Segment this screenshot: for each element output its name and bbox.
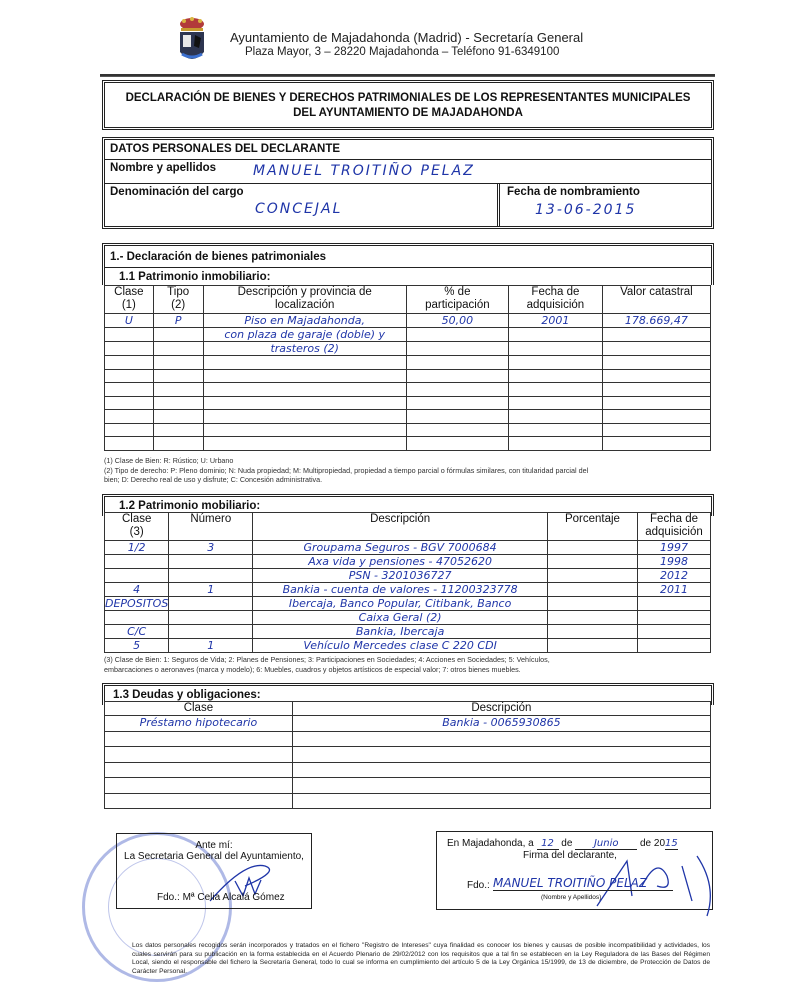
table-cell[interactable] (105, 793, 293, 809)
column-header: Clase(1) (105, 286, 154, 314)
table-row: 51Vehículo Mercedes clase C 220 CDI (105, 639, 711, 653)
fdo-caption: (Nombre y Apellidos) (541, 894, 601, 901)
table-cell[interactable] (508, 369, 602, 383)
title-line-1: DECLARACIÓN DE BIENES Y DERECHOS PATRIMO… (105, 91, 711, 106)
table-row (105, 423, 711, 437)
table-cell[interactable]: P (153, 314, 203, 328)
inmobiliario-table: Clase(1)Tipo(2)Descripción y provincia d… (104, 285, 711, 451)
table-cell[interactable] (602, 423, 710, 437)
table-cell[interactable] (406, 423, 508, 437)
note-2: (2) Tipo de derecho: P: Pleno dominio; N… (104, 466, 714, 476)
table-row: 1/23Groupama Seguros - BGV 70006841997 (105, 541, 711, 555)
inmobiliario-header-row: Clase(1)Tipo(2)Descripción y provincia d… (105, 286, 711, 314)
table-cell[interactable]: 2011 (638, 583, 711, 597)
de-label: de (561, 838, 572, 849)
table-cell[interactable] (547, 569, 637, 583)
table-cell[interactable] (105, 328, 154, 342)
table-cell[interactable] (508, 342, 602, 356)
table-cell[interactable] (105, 423, 154, 437)
personal-data-section: DATOS PERSONALES DEL DECLARANTE Nombre y… (102, 137, 714, 229)
table-cell[interactable] (105, 342, 154, 356)
table-cell[interactable] (105, 369, 154, 383)
table-cell[interactable] (203, 437, 406, 451)
table-cell[interactable]: Préstamo hipotecario (105, 716, 293, 732)
table-cell[interactable] (169, 597, 253, 611)
column-header: Clase(3) (105, 513, 169, 541)
table-cell[interactable] (105, 555, 169, 569)
table-cell[interactable] (153, 383, 203, 397)
table-cell[interactable] (105, 383, 154, 397)
column-header: Descripción (253, 513, 548, 541)
table-cell[interactable] (292, 778, 710, 794)
table-cell[interactable] (508, 437, 602, 451)
table-cell[interactable] (105, 396, 154, 410)
table-cell[interactable] (105, 611, 169, 625)
personal-data-title: DATOS PERSONALES DEL DECLARANTE (105, 140, 711, 160)
table-cell[interactable]: Bankia - cuenta de valores - 11200323778 (253, 583, 548, 597)
column-header: Número (169, 513, 253, 541)
section-1-title: 1.- Declaración de bienes patrimoniales (105, 246, 711, 268)
table-cell[interactable] (508, 383, 602, 397)
table-cell[interactable] (638, 639, 711, 653)
column-header: Descripción y provincia delocalización (203, 286, 406, 314)
table-cell[interactable]: Groupama Seguros - BGV 7000684 (253, 541, 548, 555)
column-header: Valor catastral (602, 286, 710, 314)
declarant-signature-box: En Majadahonda, a 12 de Junio de 2015 Fi… (436, 831, 713, 910)
table-cell[interactable] (105, 437, 154, 451)
table-cell[interactable] (105, 356, 154, 370)
table-cell[interactable]: PSN - 3201036727 (253, 569, 548, 583)
table-row (105, 747, 711, 763)
table-row: Préstamo hipotecarioBankia - 0065930865 (105, 716, 711, 732)
table-row (105, 369, 711, 383)
table-cell[interactable] (153, 356, 203, 370)
table-row: PSN - 32010367272012 (105, 569, 711, 583)
table-cell[interactable] (602, 437, 710, 451)
table-cell[interactable]: 2001 (508, 314, 602, 328)
fdo-field[interactable]: MANUEL TROITIÑO PELAZ (493, 876, 673, 891)
table-cell[interactable] (153, 410, 203, 424)
table-cell[interactable] (602, 369, 710, 383)
table-cell[interactable] (203, 423, 406, 437)
table-cell[interactable]: 3 (169, 541, 253, 555)
table-cell[interactable] (508, 423, 602, 437)
table-row (105, 762, 711, 778)
deudas-header-row: ClaseDescripción (105, 702, 711, 716)
note-1: (1) Clase de Bien: R: Rústico; U: Urbano (104, 456, 714, 466)
table-cell[interactable] (547, 541, 637, 555)
table-cell[interactable] (638, 597, 711, 611)
table-cell[interactable] (105, 569, 169, 583)
table-cell[interactable] (203, 369, 406, 383)
table-cell[interactable] (602, 356, 710, 370)
table-cell[interactable]: 5 (105, 639, 169, 653)
table-cell[interactable]: Bankia, Ibercaja (253, 625, 548, 639)
table-cell[interactable] (547, 597, 637, 611)
name-label: Nombre y apellidos (110, 162, 216, 174)
fdo-label: Fdo.: (467, 880, 490, 891)
section-1-header: 1.- Declaración de bienes patrimoniales … (102, 243, 714, 285)
table-cell[interactable] (638, 625, 711, 639)
table-cell[interactable]: trasteros (2) (203, 342, 406, 356)
column-header: Tipo(2) (153, 286, 203, 314)
table-cell[interactable]: DEPOSITOS (105, 597, 169, 611)
table-cell[interactable] (105, 731, 293, 747)
table-row (105, 731, 711, 747)
table-cell[interactable] (153, 328, 203, 342)
table-cell[interactable] (292, 793, 710, 809)
table-cell[interactable] (105, 762, 293, 778)
table-cell[interactable] (406, 342, 508, 356)
table-cell[interactable]: Ibercaja, Banco Popular, Citibank, Banco (253, 597, 548, 611)
table-row (105, 437, 711, 451)
table-cell[interactable] (292, 747, 710, 763)
table-cell[interactable] (153, 396, 203, 410)
column-header: Fecha deadquisición (508, 286, 602, 314)
table-row: 41Bankia - cuenta de valores - 112003237… (105, 583, 711, 597)
note-3: (3) Clase de Bien: 1: Seguros de Vida; 2… (104, 655, 714, 665)
table-cell[interactable] (602, 396, 710, 410)
table-cell[interactable]: 1 (169, 583, 253, 597)
table-row: Caixa Geral (2) (105, 611, 711, 625)
table-cell[interactable] (153, 437, 203, 451)
table-cell[interactable] (153, 423, 203, 437)
header-line-1: Ayuntamiento de Majadahonda (Madrid) - S… (230, 30, 583, 45)
table-cell[interactable] (153, 342, 203, 356)
table-cell[interactable]: Axa vida y pensiones - 47052620 (253, 555, 548, 569)
table-cell[interactable] (406, 396, 508, 410)
table-cell[interactable] (406, 369, 508, 383)
table-cell[interactable] (105, 747, 293, 763)
table-cell[interactable] (169, 569, 253, 583)
table-cell[interactable] (169, 611, 253, 625)
table-cell[interactable]: 1/2 (105, 541, 169, 555)
table-cell[interactable] (406, 383, 508, 397)
table-cell[interactable]: 1997 (638, 541, 711, 555)
table-cell[interactable] (547, 625, 637, 639)
column-header: % departicipación (406, 286, 508, 314)
table-cell[interactable]: Piso en Majadahonda, (203, 314, 406, 328)
cargo-label: Denominación del cargo (110, 186, 244, 198)
table-cell[interactable] (169, 625, 253, 639)
table-cell[interactable] (638, 611, 711, 625)
table-cell[interactable]: 4 (105, 583, 169, 597)
table-row (105, 778, 711, 794)
table-cell[interactable] (547, 555, 637, 569)
note-3-cont: embarcaciones o aeronaves (marca y model… (104, 665, 714, 675)
table-row (105, 410, 711, 424)
column-header: Fecha deadquisición (638, 513, 711, 541)
coat-of-arms-icon (178, 16, 206, 66)
table-row: trasteros (2) (105, 342, 711, 356)
table-cell[interactable]: Bankia - 0065930865 (292, 716, 710, 732)
table-cell[interactable] (547, 583, 637, 597)
document-title: DECLARACIÓN DE BIENES Y DERECHOS PATRIMO… (102, 80, 714, 130)
table-cell[interactable] (203, 383, 406, 397)
table-cell[interactable] (203, 356, 406, 370)
table-row (105, 396, 711, 410)
fecha-nombramiento-field[interactable]: 13-06-2015 (535, 202, 636, 218)
table-cell[interactable]: 50,00 (406, 314, 508, 328)
table-cell[interactable] (508, 410, 602, 424)
table-cell[interactable]: C/C (105, 625, 169, 639)
secretary-signer-name: Fdo.: Mª Celia Alcalá Gómez (157, 892, 285, 903)
table-row (105, 356, 711, 370)
name-field[interactable]: MANUEL TROITIÑO PELAZ (253, 163, 475, 179)
mobiliario-table: Clase(3)NúmeroDescripciónPorcentajeFecha… (104, 512, 711, 653)
table-cell[interactable] (406, 328, 508, 342)
note-2-cont: bien; D: Derecho real de uso y disfrute;… (104, 475, 714, 485)
cargo-row: Denominación del cargo CONCEJAL Fecha de… (105, 184, 711, 226)
deudas-table: ClaseDescripción Préstamo hipotecarioBan… (104, 701, 711, 809)
header-divider (100, 74, 715, 77)
table-cell[interactable] (292, 731, 710, 747)
place-prefix: En Majadahonda, a (447, 838, 534, 849)
table-cell[interactable] (547, 639, 637, 653)
table-cell[interactable]: U (105, 314, 154, 328)
table-cell[interactable]: 178.669,47 (602, 314, 710, 328)
inmobiliario-notes: (1) Clase de Bien: R: Rústico; U: Urbano… (104, 456, 714, 485)
table-row (105, 383, 711, 397)
table-cell[interactable] (153, 369, 203, 383)
secretary-signature-box: Ante mí: La Secretaria General del Ayunt… (116, 833, 312, 909)
column-header: Descripción (292, 702, 710, 716)
table-row: DEPOSITOSIbercaja, Banco Popular, Citiba… (105, 597, 711, 611)
table-cell[interactable] (169, 555, 253, 569)
table-cell[interactable] (406, 356, 508, 370)
cargo-field[interactable]: CONCEJAL (255, 201, 342, 217)
table-cell[interactable] (508, 328, 602, 342)
column-header: Porcentaje (547, 513, 637, 541)
table-cell[interactable] (602, 342, 710, 356)
fecha-nombramiento-label: Fecha de nombramiento (507, 186, 640, 198)
table-cell[interactable] (508, 356, 602, 370)
mobiliario-header-row: Clase(3)NúmeroDescripciónPorcentajeFecha… (105, 513, 711, 541)
table-cell[interactable]: Vehículo Mercedes clase C 220 CDI (253, 639, 548, 653)
table-row: con plaza de garaje (doble) y (105, 328, 711, 342)
day-field[interactable]: 12 (537, 838, 559, 850)
table-row: C/CBankia, Ibercaja (105, 625, 711, 639)
ante-mi-label: Ante mí: (117, 840, 311, 851)
name-row: Nombre y apellidos MANUEL TROITIÑO PELAZ (105, 160, 711, 184)
table-cell[interactable] (203, 410, 406, 424)
column-header: Clase (105, 702, 293, 716)
cargo-divider (497, 184, 500, 226)
table-row: UPPiso en Majadahonda,50,002001178.669,4… (105, 314, 711, 328)
data-protection-notice: Los datos personales recogidos serán inc… (132, 942, 710, 976)
table-cell[interactable] (602, 410, 710, 424)
table-cell[interactable]: 1 (169, 639, 253, 653)
table-cell[interactable]: con plaza de garaje (doble) y (203, 328, 406, 342)
table-cell[interactable] (602, 383, 710, 397)
table-cell[interactable] (105, 410, 154, 424)
table-row: Axa vida y pensiones - 470526201998 (105, 555, 711, 569)
table-row (105, 793, 711, 809)
table-cell[interactable]: 2012 (638, 569, 711, 583)
table-cell[interactable] (105, 778, 293, 794)
table-cell[interactable] (406, 410, 508, 424)
mobiliario-notes: (3) Clase de Bien: 1: Seguros de Vida; 2… (104, 655, 714, 674)
table-cell[interactable]: Caixa Geral (2) (253, 611, 548, 625)
header-line-2: Plaza Mayor, 3 – 28220 Majadahonda – Tel… (245, 46, 559, 58)
table-cell[interactable] (203, 396, 406, 410)
table-cell[interactable] (508, 396, 602, 410)
title-line-2: DEL AYUNTAMIENTO DE MAJADAHONDA (105, 106, 711, 121)
table-cell[interactable] (292, 762, 710, 778)
table-cell[interactable]: 1998 (638, 555, 711, 569)
table-cell[interactable] (547, 611, 637, 625)
table-cell[interactable] (406, 437, 508, 451)
table-cell[interactable] (602, 328, 710, 342)
